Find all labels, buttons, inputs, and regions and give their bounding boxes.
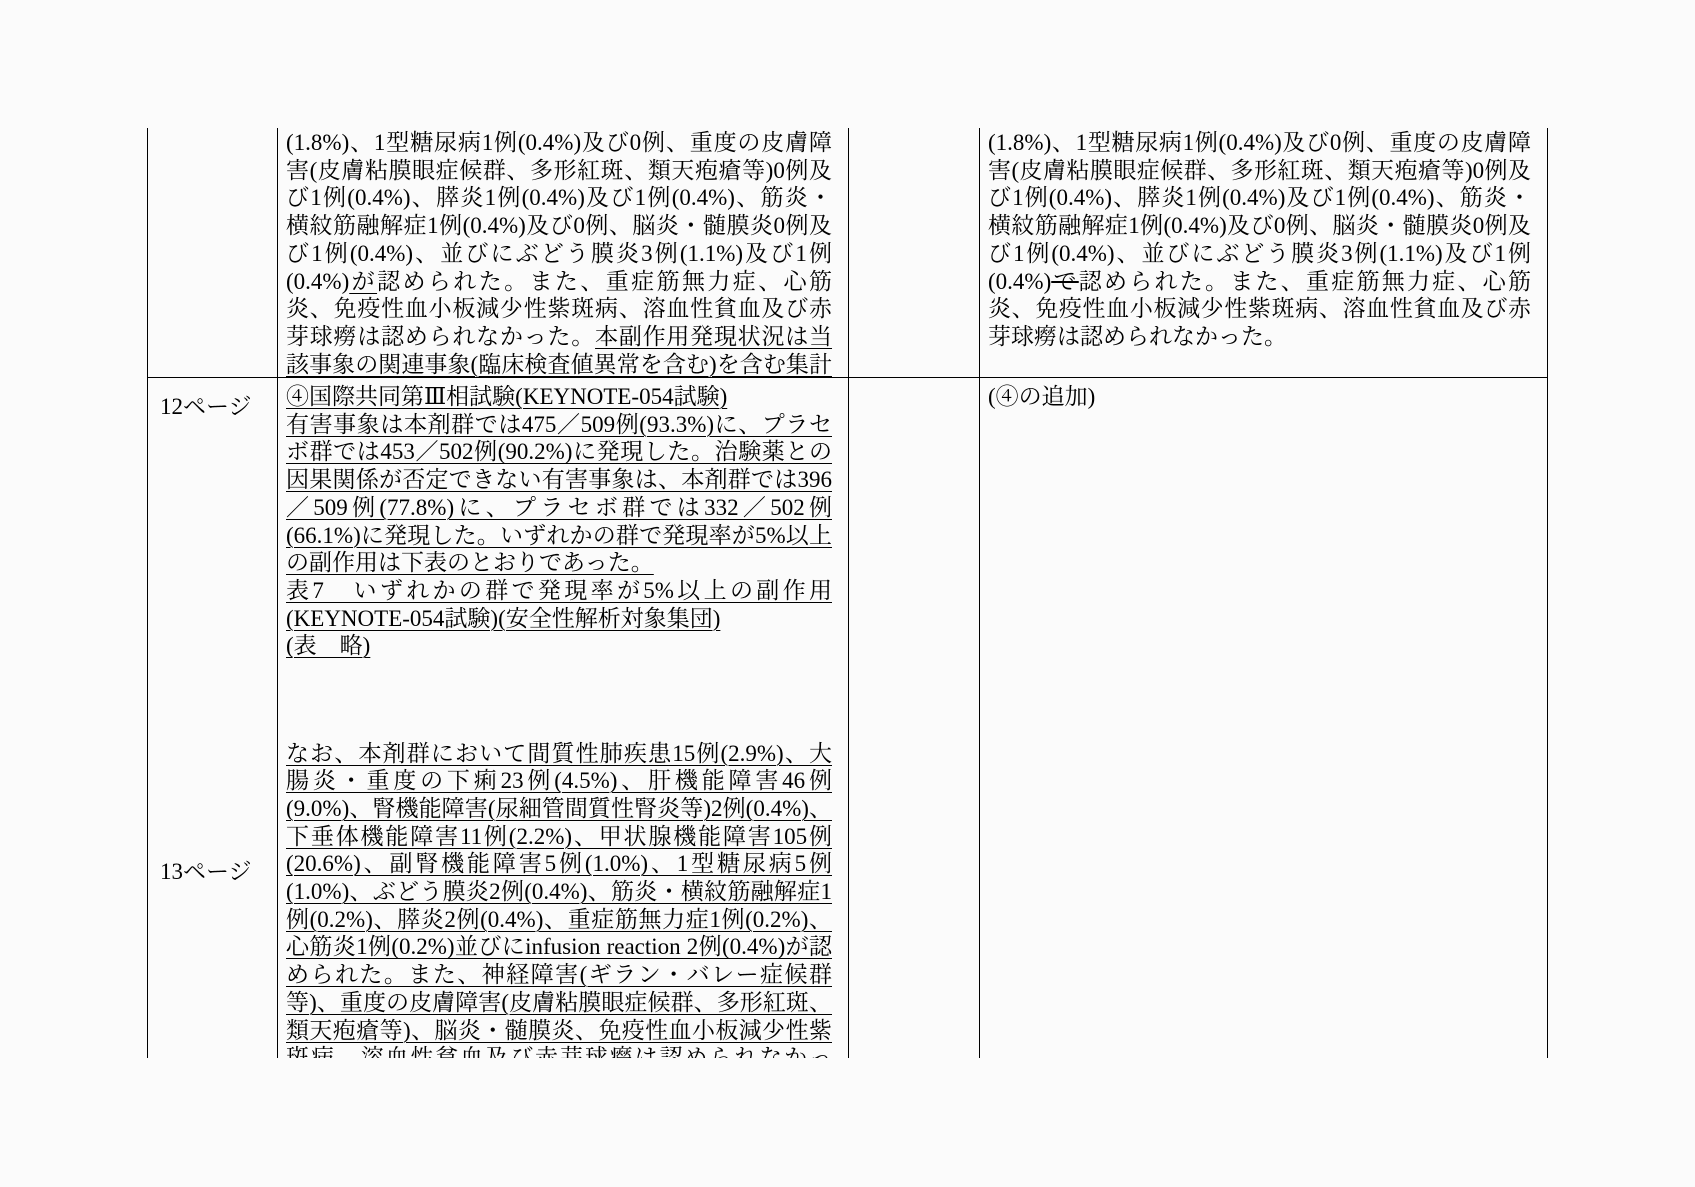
previous-rich-text: (1.8%)、1型糖尿病1例(0.4%)及び0例、重度の皮膚障害(皮膚粘膜眼症候…	[980, 128, 1547, 351]
page-ref-cell: 12ページ 13ページ	[147, 378, 278, 1058]
note-cell	[849, 128, 980, 377]
revised-rich-text: (1.8%)、1型糖尿病1例(0.4%)及び0例、重度の皮膚障害(皮膚粘膜眼症候…	[278, 128, 848, 377]
previous-note-label: (④の追加)	[980, 378, 1547, 411]
revised-rich-text: ④国際共同第Ⅲ相試験(KEYNOTE-054試験)有害事象は本剤群では475／5…	[278, 378, 848, 1058]
previous-text-cell: (④の追加)	[980, 378, 1548, 1058]
note-cell	[849, 378, 980, 1058]
revised-text-cell: ④国際共同第Ⅲ相試験(KEYNOTE-054試験)有害事象は本剤群では475／5…	[278, 378, 849, 1058]
page-ref-12-label: 12ページ	[160, 393, 252, 421]
table-row: 12ページ 13ページ ④国際共同第Ⅲ相試験(KEYNOTE-054試験)有害事…	[147, 378, 1548, 1058]
table-row: (1.8%)、1型糖尿病1例(0.4%)及び0例、重度の皮膚障害(皮膚粘膜眼症候…	[147, 128, 1548, 378]
page-ref-13-label: 13ページ	[160, 858, 252, 886]
previous-text-cell: (1.8%)、1型糖尿病1例(0.4%)及び0例、重度の皮膚障害(皮膚粘膜眼症候…	[980, 128, 1548, 377]
comparison-table: (1.8%)、1型糖尿病1例(0.4%)及び0例、重度の皮膚障害(皮膚粘膜眼症候…	[147, 128, 1548, 1058]
page-ref-cell	[147, 128, 278, 377]
revised-text-cell: (1.8%)、1型糖尿病1例(0.4%)及び0例、重度の皮膚障害(皮膚粘膜眼症候…	[278, 128, 849, 377]
